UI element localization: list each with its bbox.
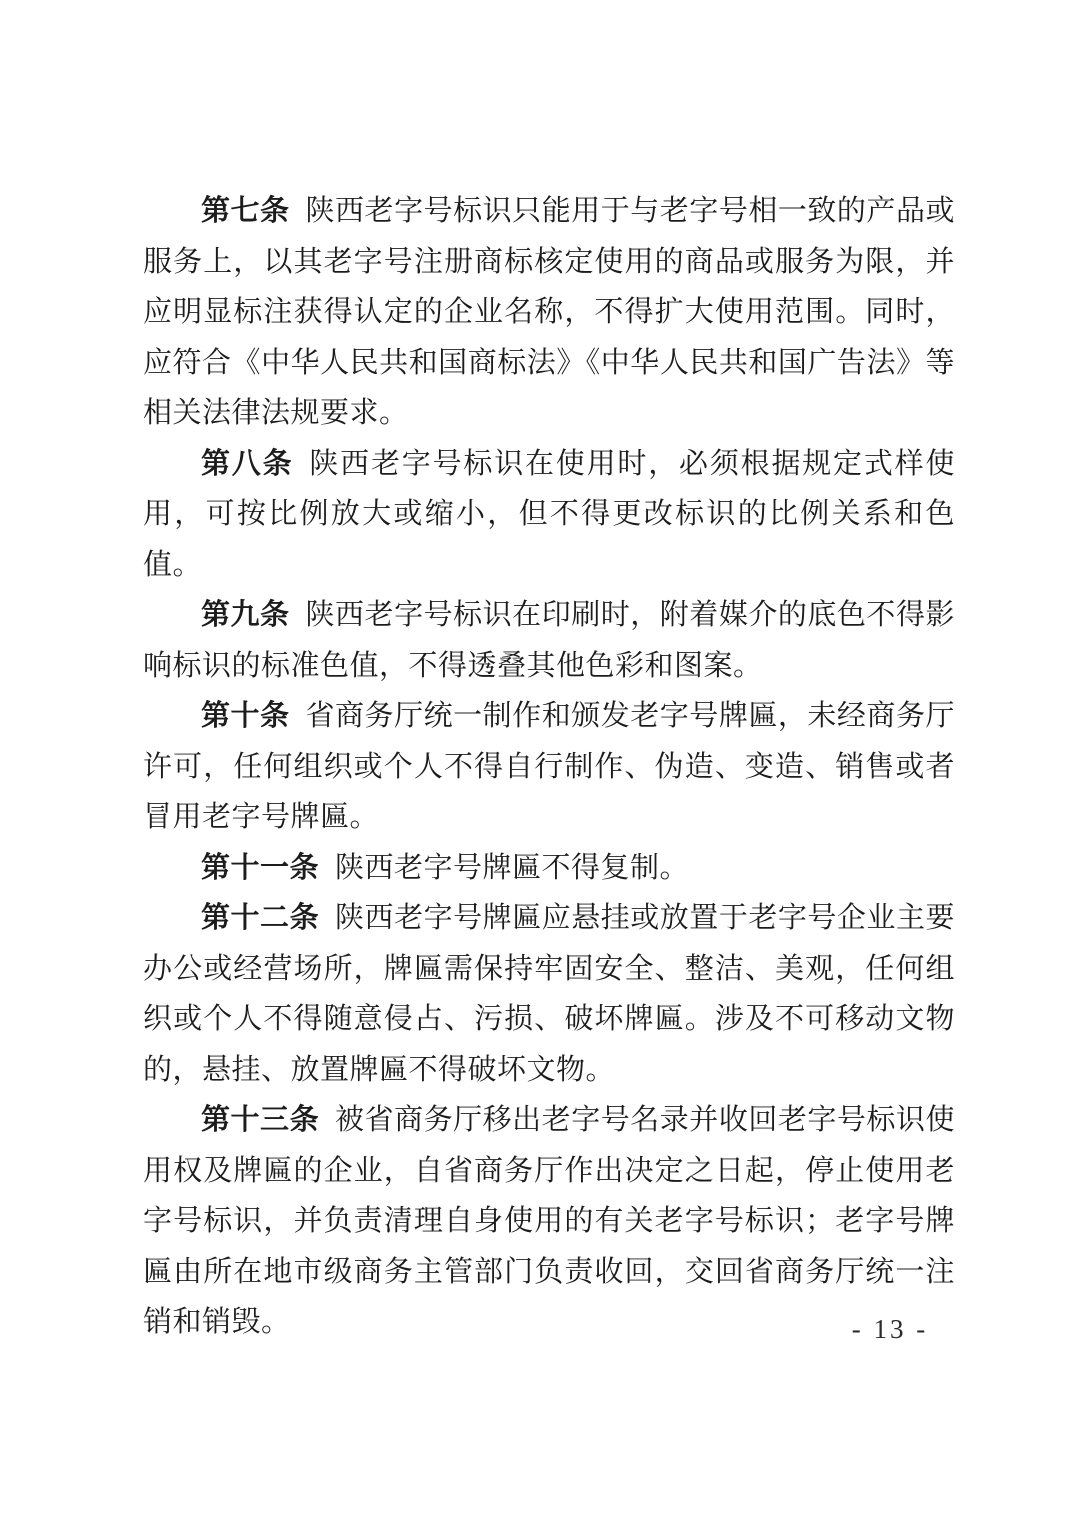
article-number: 第八条 [201, 448, 293, 480]
article-paragraph-11: 第十一条陕西老字号牌匾不得复制。 [143, 843, 955, 894]
page-number: - 13 - [840, 1312, 940, 1346]
article-text: 陕西老字号标识只能用于与老字号相一致的产品或服务上，以其老字号注册商标核定使用的… [143, 195, 955, 429]
article-number: 第七条 [201, 195, 290, 227]
article-paragraph-9: 第九条陕西老字号标识在印刷时，附着媒介的底色不得影响标识的标准色值，不得透叠其他… [143, 590, 955, 691]
article-number: 第十三条 [201, 1104, 319, 1136]
article-number: 第九条 [201, 599, 290, 631]
article-number: 第十二条 [201, 902, 319, 934]
document-body: 第七条陕西老字号标识只能用于与老字号相一致的产品或服务上，以其老字号注册商标核定… [143, 186, 955, 1348]
document-page: 第七条陕西老字号标识只能用于与老字号相一致的产品或服务上，以其老字号注册商标核定… [0, 0, 1074, 1520]
article-text: 被省商务厅移出老字号名录并收回老字号标识使用权及牌匾的企业，自省商务厅作出决定之… [143, 1104, 955, 1338]
article-number: 第十条 [201, 700, 290, 732]
article-paragraph-13: 第十三条被省商务厅移出老字号名录并收回老字号标识使用权及牌匾的企业，自省商务厅作… [143, 1095, 955, 1348]
article-paragraph-8: 第八条陕西老字号标识在使用时，必须根据规定式样使用，可按比例放大或缩小，但不得更… [143, 439, 955, 591]
article-number: 第十一条 [201, 852, 319, 884]
article-paragraph-7: 第七条陕西老字号标识只能用于与老字号相一致的产品或服务上，以其老字号注册商标核定… [143, 186, 955, 439]
article-paragraph-10: 第十条省商务厅统一制作和颁发老字号牌匾，未经商务厅许可，任何组织或个人不得自行制… [143, 691, 955, 843]
article-paragraph-12: 第十二条陕西老字号牌匾应悬挂或放置于老字号企业主要办公或经营场所，牌匾需保持牢固… [143, 893, 955, 1095]
article-text: 陕西老字号牌匾不得复制。 [335, 852, 689, 884]
